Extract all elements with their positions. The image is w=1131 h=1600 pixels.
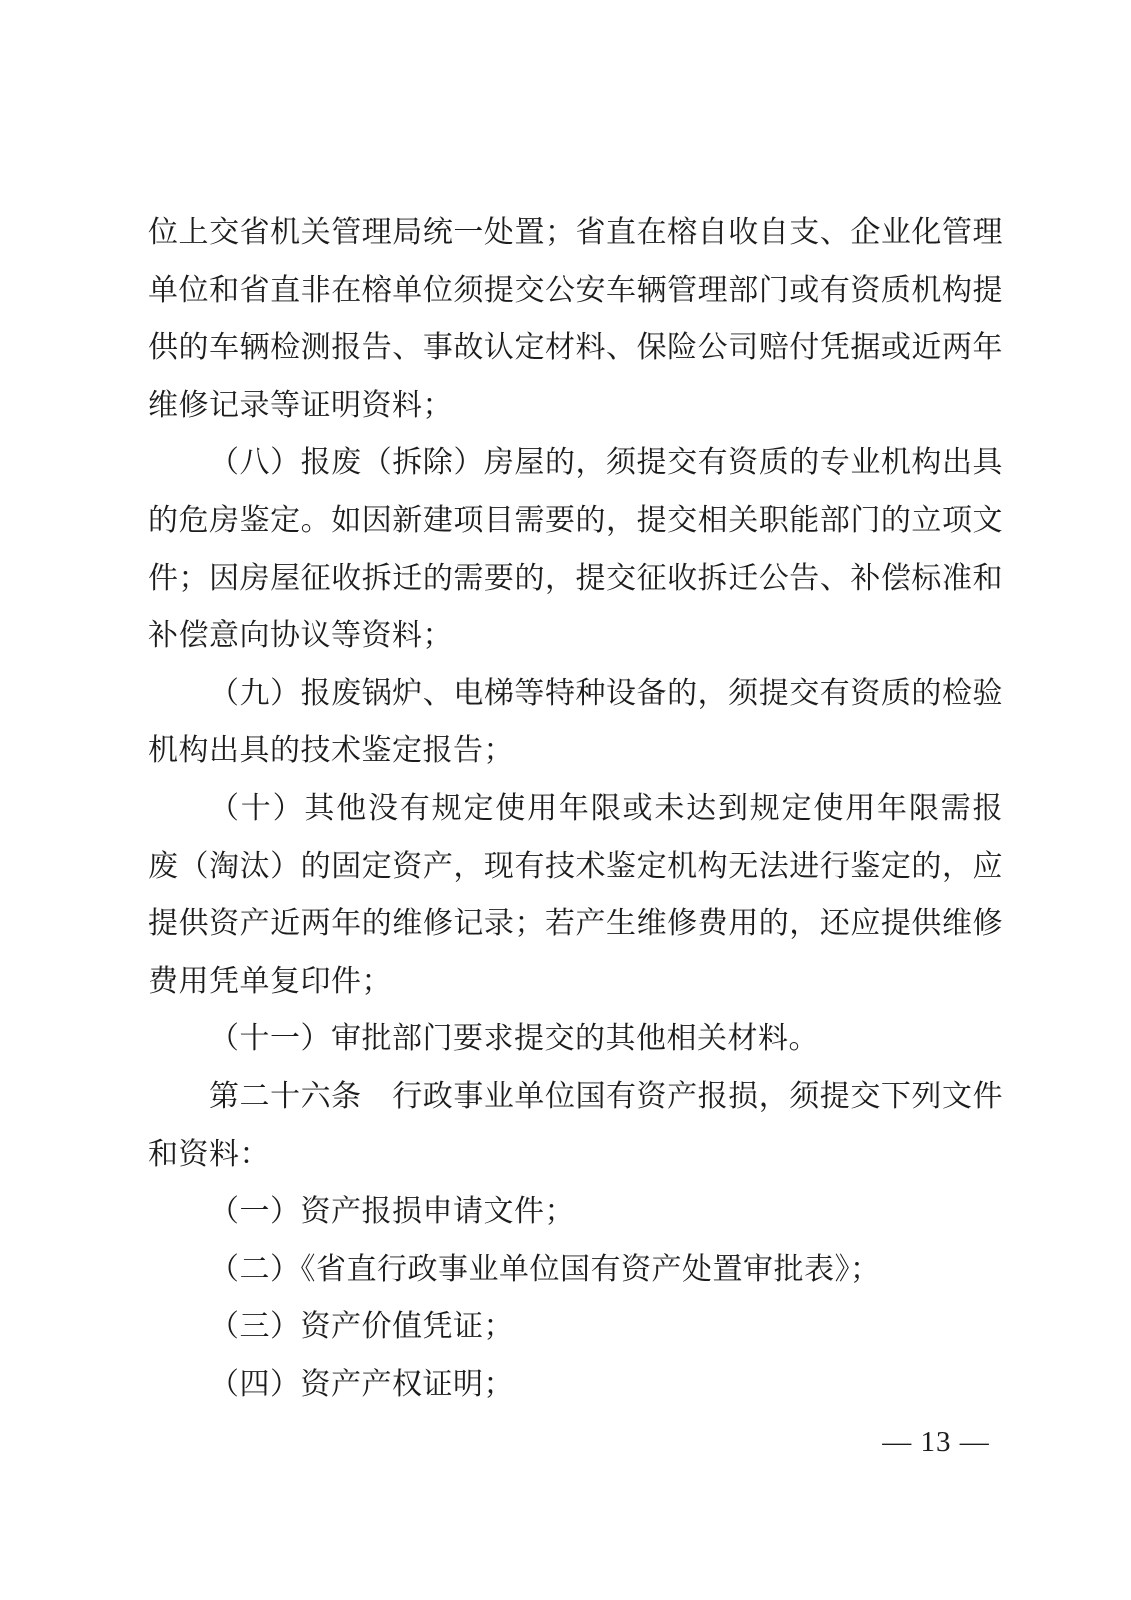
text-line: 供的车辆检测报告、事故认定材料、保险公司赔付凭据或近两年 bbox=[148, 319, 1003, 377]
text-line: 废（淘汰）的固定资产，现有技术鉴定机构无法进行鉴定的，应 bbox=[148, 838, 1003, 896]
text-line: （三）资产价值凭证； bbox=[148, 1298, 1003, 1356]
text-line: 维修记录等证明资料； bbox=[148, 377, 1003, 435]
text-line: （十）其他没有规定使用年限或未达到规定使用年限需报 bbox=[148, 780, 1003, 838]
document-page: 位上交省机关管理局统一处置；省直在榕自收自支、企业化管理单位和省直非在榕单位须提… bbox=[0, 0, 1131, 1600]
text-line: 补偿意向协议等资料； bbox=[148, 607, 1003, 665]
text-line: 机构出具的技术鉴定报告； bbox=[148, 722, 1003, 780]
text-line: 提供资产近两年的维修记录；若产生维修费用的，还应提供维修 bbox=[148, 895, 1003, 953]
text-line: （四）资产产权证明； bbox=[148, 1356, 1003, 1414]
text-line: （一）资产报损申请文件； bbox=[148, 1183, 1003, 1241]
text-line: （八）报废（拆除）房屋的，须提交有资质的专业机构出具 bbox=[148, 434, 1003, 492]
document-body: 位上交省机关管理局统一处置；省直在榕自收自支、企业化管理单位和省直非在榕单位须提… bbox=[148, 204, 1003, 1413]
text-line: （二）《省直行政事业单位国有资产处置审批表》； bbox=[148, 1241, 1003, 1299]
text-line: （十一）审批部门要求提交的其他相关材料。 bbox=[148, 1010, 1003, 1068]
text-line: 位上交省机关管理局统一处置；省直在榕自收自支、企业化管理 bbox=[148, 204, 1003, 262]
text-line: （九）报废锅炉、电梯等特种设备的，须提交有资质的检验 bbox=[148, 665, 1003, 723]
text-line: 单位和省直非在榕单位须提交公安车辆管理部门或有资质机构提 bbox=[148, 262, 1003, 320]
text-line: 的危房鉴定。如因新建项目需要的，提交相关职能部门的立项文 bbox=[148, 492, 1003, 550]
text-line: 和资料： bbox=[148, 1126, 1003, 1184]
text-line: 费用凭单复印件； bbox=[148, 953, 1003, 1011]
text-line: 件；因房屋征收拆迁的需要的，提交征收拆迁公告、补偿标准和 bbox=[148, 550, 1003, 608]
page-number: — 13 — bbox=[856, 1418, 1016, 1466]
text-line: 第二十六条 行政事业单位国有资产报损，须提交下列文件 bbox=[148, 1068, 1003, 1126]
